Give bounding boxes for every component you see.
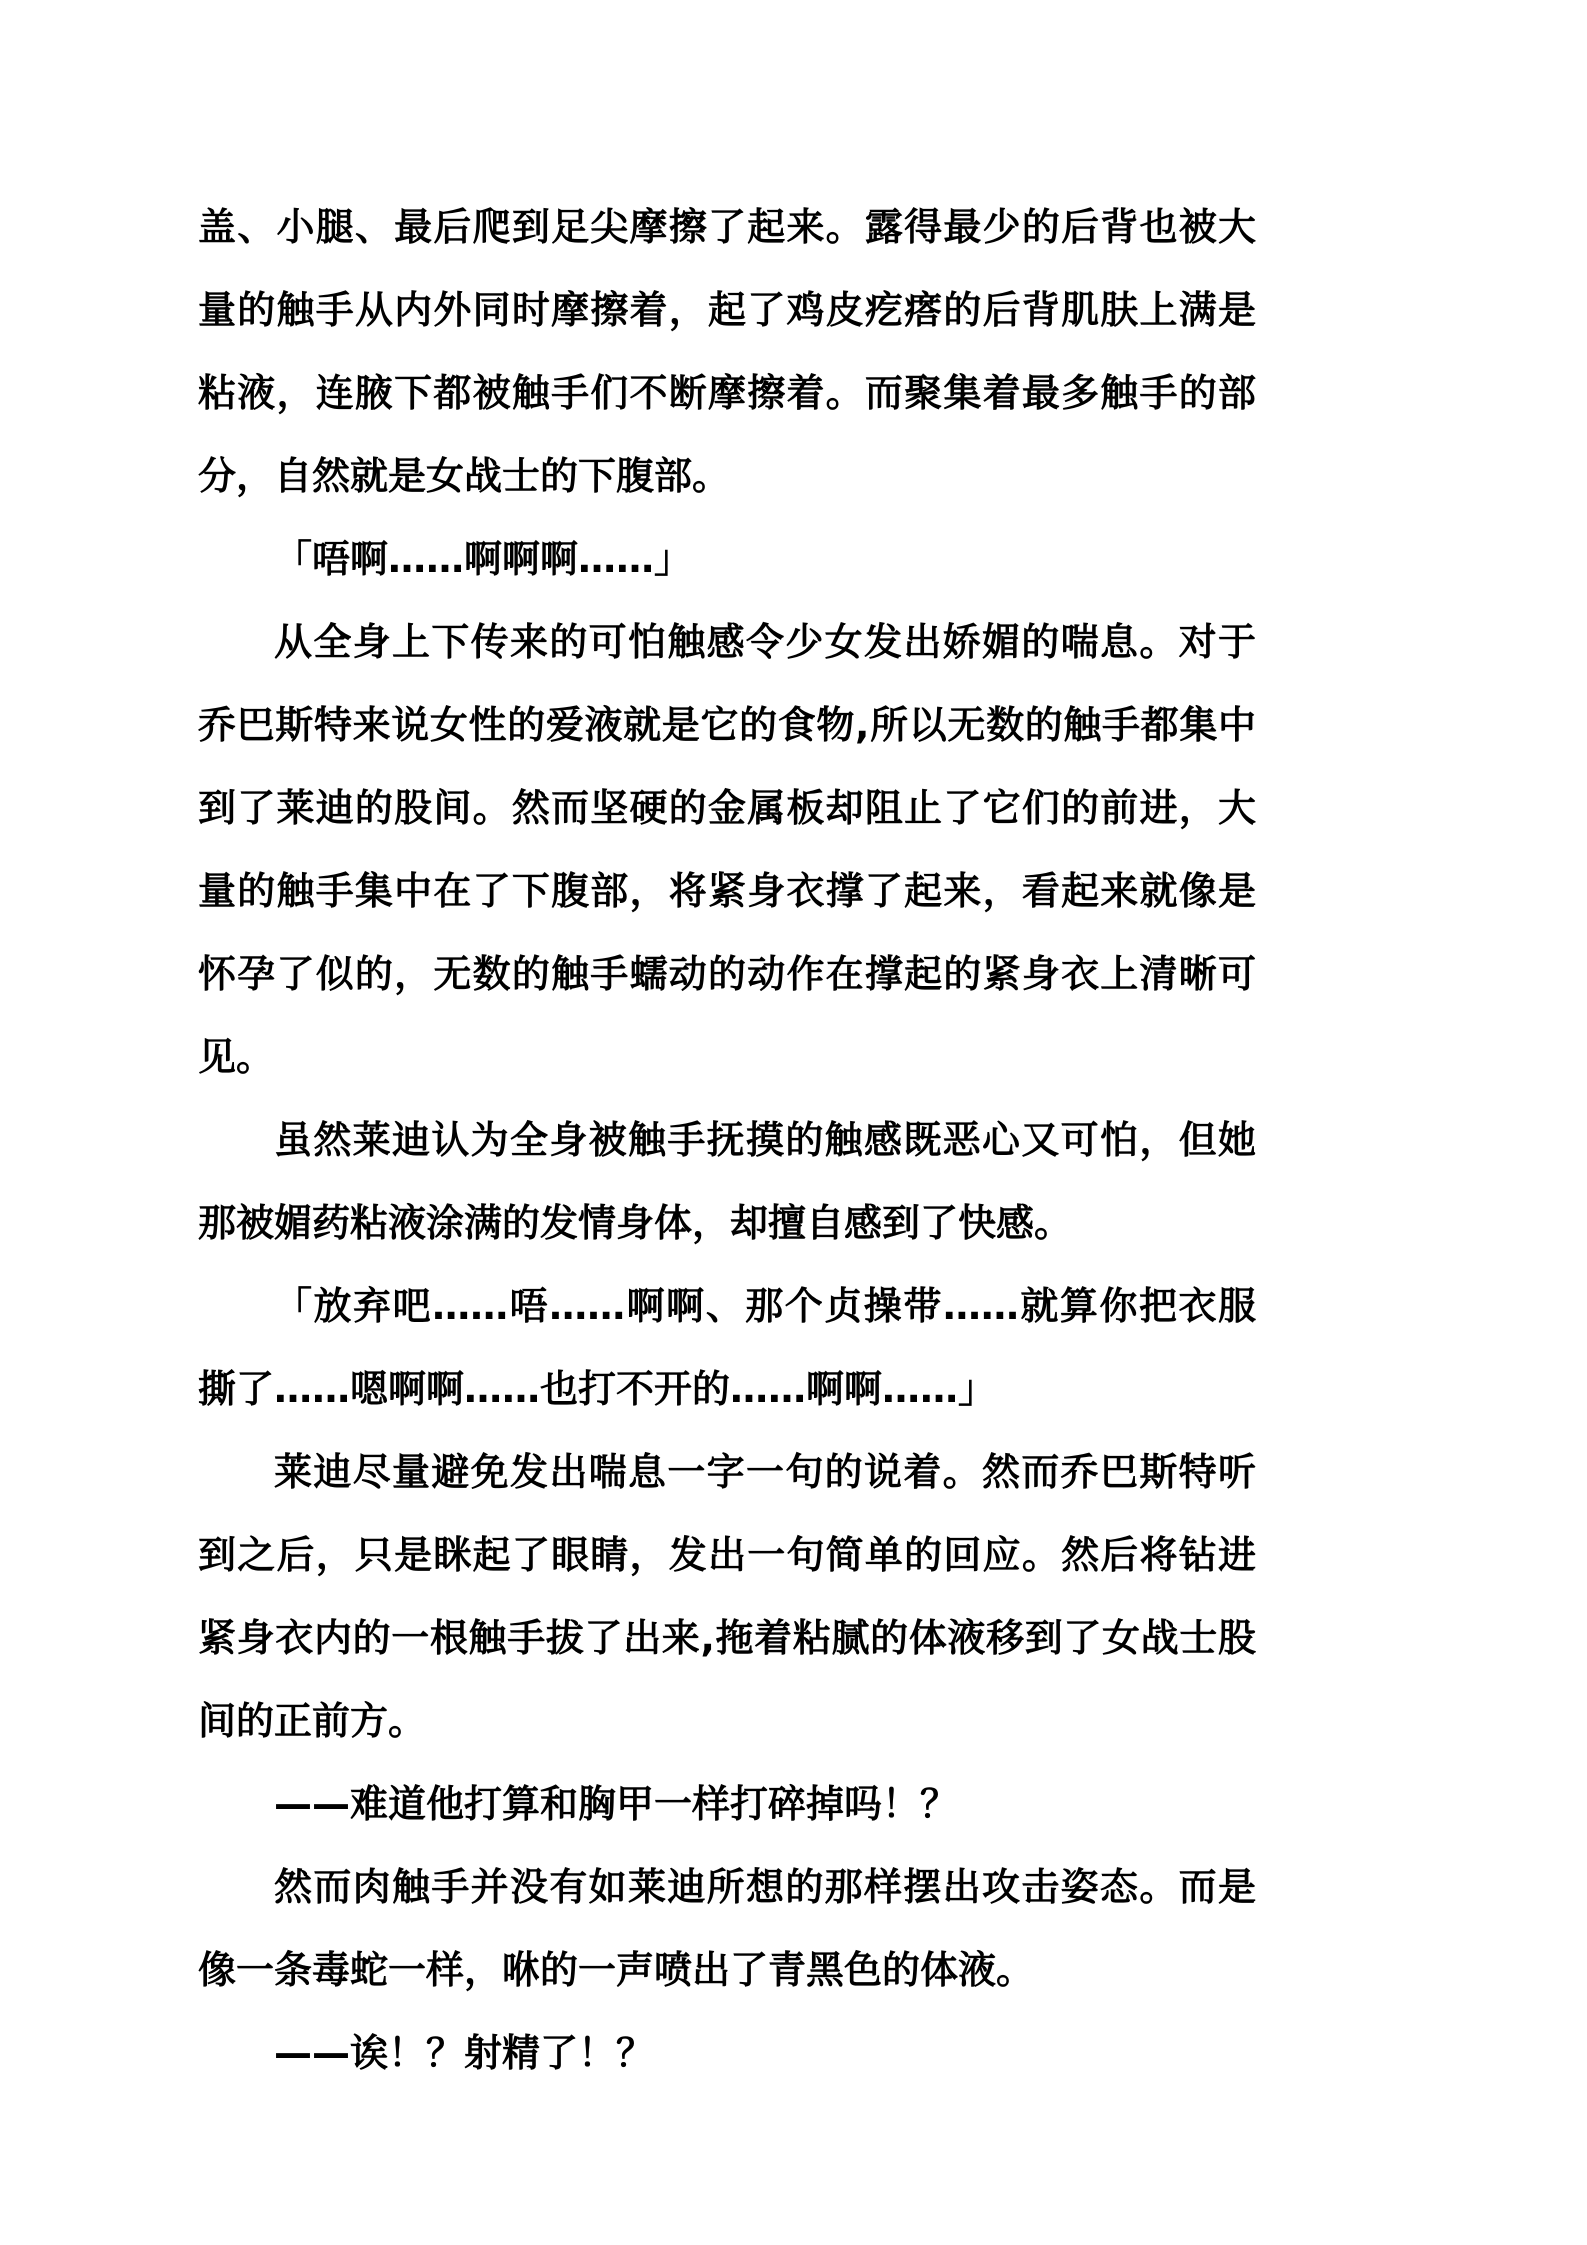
paragraph-6: 莱迪尽量避免发出喘息一字一句的说着。然而乔巴斯特听到之后，只是眯起了眼睛，发出一… xyxy=(198,1431,1256,1763)
paragraph-8: 然而肉触手并没有如莱迪所想的那样摆出攻击姿态。而是像一条毒蛇一样，咻的一声喷出了… xyxy=(198,1846,1256,2012)
paragraph-4: 虽然莱迪认为全身被触手抚摸的触感既恶心又可怕，但她那被媚药粘液涂满的发情身体，却… xyxy=(198,1099,1256,1265)
paragraph-3: 从全身上下传来的可怕触感令少女发出娇媚的喘息。对于乔巴斯特来说女性的爱液就是它的… xyxy=(198,601,1256,1099)
paragraph-5: 「放弃吧……唔……啊啊、那个贞操带……就算你把衣服撕了……嗯啊啊……也打不开的…… xyxy=(198,1265,1256,1431)
text-block: 盖、小腿、最后爬到足尖摩擦了起来。露得最少的后背也被大量的触手从内外同时摩擦着，… xyxy=(198,186,1256,2095)
paragraph-7: ——难道他打算和胸甲一样打碎掉吗！？ xyxy=(198,1763,1256,1846)
paragraph-1: 盖、小腿、最后爬到足尖摩擦了起来。露得最少的后背也被大量的触手从内外同时摩擦着，… xyxy=(198,186,1256,518)
paragraph-2: 「唔啊……啊啊啊……」 xyxy=(198,518,1256,601)
paragraph-9: ——诶！？射精了！？ xyxy=(198,2012,1256,2095)
document-page: 盖、小腿、最后爬到足尖摩擦了起来。露得最少的后背也被大量的触手从内外同时摩擦着，… xyxy=(0,0,1587,2245)
